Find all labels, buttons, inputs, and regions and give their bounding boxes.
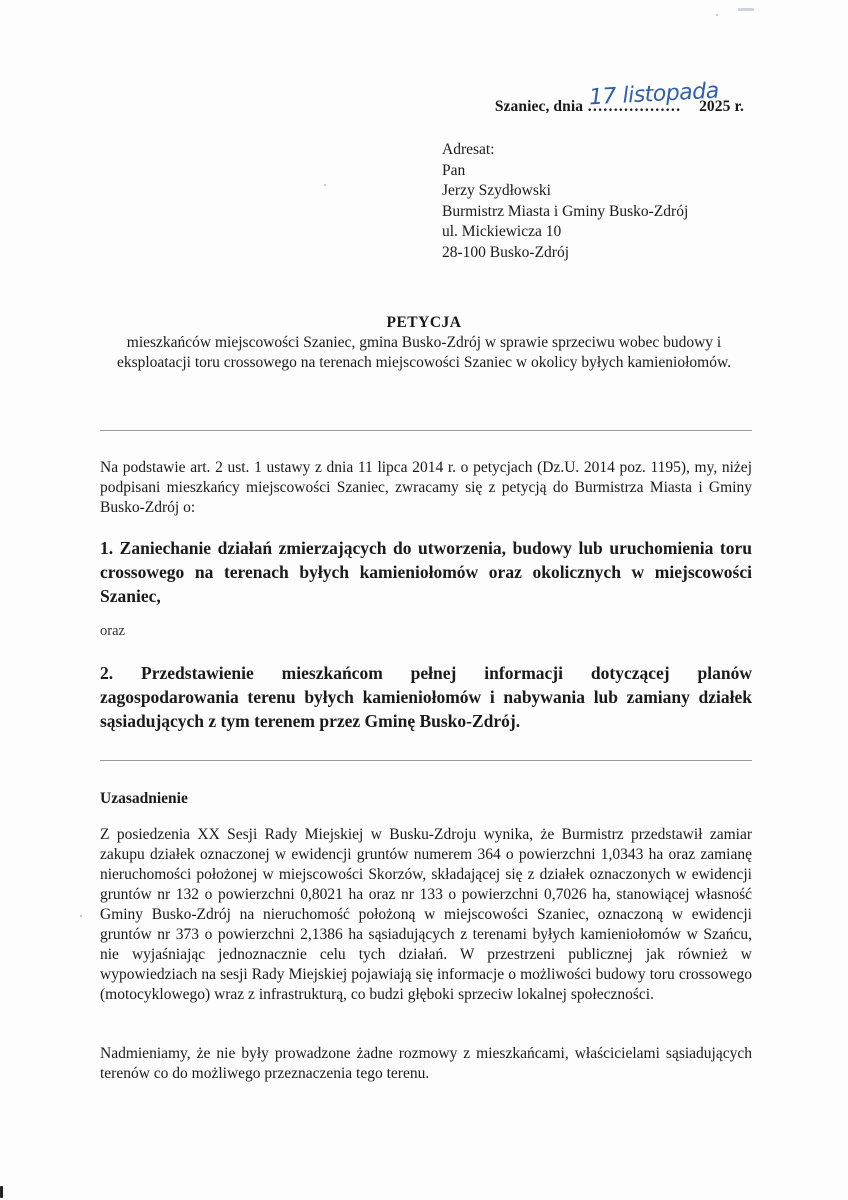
addressee-city: 28-100 Busko-Zdrój (442, 243, 688, 264)
petition-title: PETYCJA (100, 313, 748, 333)
addressee-salutation: Pan (442, 161, 688, 182)
addressee-position: Burmistrz Miasta i Gminy Busko-Zdrój (442, 202, 688, 223)
justification-heading: Uzasadnienie (100, 790, 188, 808)
place-label: Szaniec, dnia (495, 98, 583, 115)
scanned-document-page: Szaniec, dnia ……………… 17 listopada 2025 r… (0, 0, 848, 1200)
addressee-name: Jerzy Szydłowski (442, 181, 688, 202)
demand-2: 2. Przedstawienie mieszkańcom pełnej inf… (100, 661, 752, 733)
scan-speck (80, 915, 82, 917)
divider-top (100, 430, 752, 431)
divider-bottom (100, 760, 752, 761)
scan-speck (738, 8, 754, 11)
addressee-label: Adresat: (442, 140, 688, 161)
addressee-street: ul. Mickiewicza 10 (442, 222, 688, 243)
connector-oraz: oraz (100, 623, 125, 640)
scan-edge-mark (0, 1186, 3, 1198)
place-and-date: Szaniec, dnia ……………… 17 listopada 2025 r… (495, 98, 744, 116)
demand-1: 1. Zaniechanie działań zmierzających do … (100, 536, 752, 608)
addressee-block: Adresat: Pan Jerzy Szydłowski Burmistrz … (442, 140, 688, 263)
scan-speck (716, 14, 718, 16)
intro-paragraph: Na podstawie art. 2 ust. 1 ustawy z dnia… (100, 458, 752, 518)
justification-paragraph-1: Z posiedzenia XX Sesji Rady Miejskiej w … (100, 825, 752, 1005)
petition-subtitle: mieszkańców miejscowości Szaniec, gmina … (100, 333, 748, 373)
justification-paragraph-2: Nadmieniamy, że nie były prowadzone żadn… (100, 1044, 752, 1084)
scan-speck (324, 184, 326, 186)
petition-title-block: PETYCJA mieszkańców miejscowości Szaniec… (100, 313, 748, 373)
date-field: ……………… 17 listopada (587, 98, 695, 116)
